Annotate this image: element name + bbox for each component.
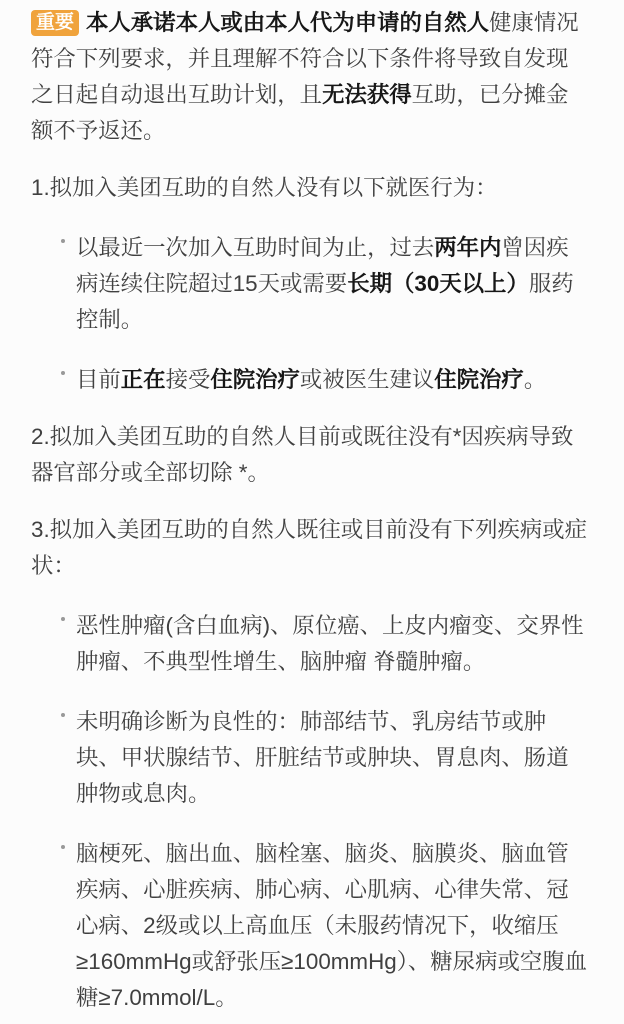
text-segment: 未明确诊断为良性的：肺部结节、乳房结节或肿块、甲状腺结节、肝脏结节或肿块、胃息肉…: [76, 709, 569, 806]
section-2-heading: 2.拟加入美团互助的自然人目前或既往没有*因疾病导致器官部分或全部切除 *。: [31, 419, 589, 491]
text-segment: 无法获得: [322, 82, 412, 107]
section-1: 1.拟加入美团互助的自然人没有以下就医行为： 以最近一次加入互助时间为止，过去两…: [31, 170, 589, 398]
important-badge: 重要: [31, 10, 79, 36]
bullet-dot-icon: [61, 845, 65, 849]
bullet-dot-icon: [61, 239, 65, 243]
section-2: 2.拟加入美团互助的自然人目前或既往没有*因疾病导致器官部分或全部切除 *。: [31, 419, 589, 491]
list-item: 目前正在接受住院治疗或被医生建议住院治疗。: [31, 362, 589, 398]
bullet-dot-icon: [61, 713, 65, 717]
list-item: 未明确诊断为良性的：肺部结节、乳房结节或肿块、甲状腺结节、肝脏结节或肿块、胃息肉…: [31, 704, 589, 812]
text-segment: 或被医生建议: [300, 367, 434, 392]
section-3: 3.拟加入美团互助的自然人既往或目前没有下列疾病或症状： 恶性肿瘤(含白血病)、…: [31, 512, 589, 1016]
section-3-bullets: 恶性肿瘤(含白血病)、原位癌、上皮内瘤变、交界性肿瘤、不典型性增生、脑肿瘤 脊髓…: [31, 608, 589, 1016]
text-segment: 正在: [121, 367, 166, 392]
intro-paragraph: 重要本人承诺本人或由本人代为申请的自然人健康情况符合下列要求，并且理解不符合以下…: [31, 5, 589, 149]
text-segment: 恶性肿瘤(含白血病)、原位癌、上皮内瘤变、交界性肿瘤、不典型性增生、脑肿瘤 脊髓…: [76, 613, 584, 674]
text-segment: 住院治疗: [210, 367, 300, 392]
health-notice-document: 重要本人承诺本人或由本人代为申请的自然人健康情况符合下列要求，并且理解不符合以下…: [0, 0, 624, 1024]
section-1-bullets: 以最近一次加入互助时间为止，过去两年内曾因疾病连续住院超过15天或需要长期（30…: [31, 230, 589, 398]
text-segment: 住院治疗: [434, 367, 524, 392]
list-item: 以最近一次加入互助时间为止，过去两年内曾因疾病连续住院超过15天或需要长期（30…: [31, 230, 589, 338]
text-segment: 接受: [166, 367, 211, 392]
text-segment: 长期（30天以上）: [347, 271, 529, 296]
text-segment: 本人承诺本人或由本人代为申请的自然人: [86, 10, 489, 35]
text-segment: 以最近一次加入互助时间为止，过去: [76, 235, 434, 260]
list-item: 恶性肿瘤(含白血病)、原位癌、上皮内瘤变、交界性肿瘤、不典型性增生、脑肿瘤 脊髓…: [31, 608, 589, 680]
text-segment: 两年内: [434, 235, 501, 260]
list-item: 脑梗死、脑出血、脑栓塞、脑炎、脑膜炎、脑血管疾病、心脏疾病、肺心病、心肌病、心律…: [31, 836, 589, 1016]
section-1-heading: 1.拟加入美团互助的自然人没有以下就医行为：: [31, 170, 589, 206]
text-segment: 。: [524, 367, 546, 392]
text-segment: 目前: [76, 367, 121, 392]
bullet-dot-icon: [61, 617, 65, 621]
section-3-heading: 3.拟加入美团互助的自然人既往或目前没有下列疾病或症状：: [31, 512, 589, 584]
bullet-dot-icon: [61, 371, 65, 375]
text-segment: 脑梗死、脑出血、脑栓塞、脑炎、脑膜炎、脑血管疾病、心脏疾病、肺心病、心肌病、心律…: [76, 841, 587, 1010]
